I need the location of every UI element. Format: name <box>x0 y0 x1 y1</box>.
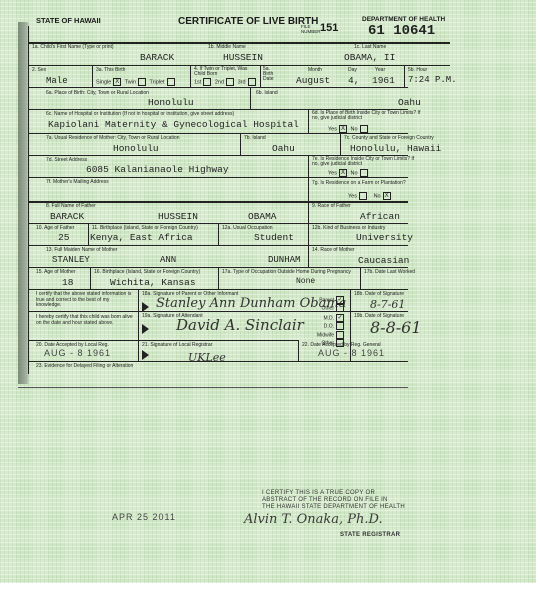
last-name-label: 1c. Last Name <box>354 44 386 50</box>
divider <box>28 340 298 341</box>
parent-checkbox: ✓ <box>336 296 344 304</box>
no-checkbox: X <box>383 192 391 200</box>
file-number-label: FILE NUMBER <box>301 24 321 34</box>
divider <box>240 133 241 155</box>
birth-city-label: 6a. Place of Birth: City, Town or Rural … <box>46 90 149 96</box>
divider <box>28 87 408 88</box>
year-label: Year <box>375 67 385 73</box>
second-checkbox <box>226 78 234 86</box>
twin-order-options: 1st 2nd 3rd <box>194 78 258 86</box>
father-first-name: BARACK <box>50 211 84 222</box>
residence-street: 6085 Kalanianaole Highway <box>86 164 229 175</box>
residence-inside-limits-label: 7e. Is Residence Inside City or Town Lim… <box>312 157 422 167</box>
single-label: Single <box>96 79 111 85</box>
certificate-number: 61 10641 <box>368 23 435 39</box>
mother-birthplace-label: 16. Birthplace (Island, State or Foreign… <box>94 269 200 275</box>
birth-date-label: 5a. Birth Date <box>263 67 281 82</box>
month-label: Month <box>308 67 322 73</box>
divider <box>218 267 219 289</box>
local-reg-date-stamp: AUG - 8 1961 <box>44 348 111 358</box>
residence-county: Honolulu, Hawaii <box>350 143 441 154</box>
father-age-label: 10. Age of Father <box>36 225 74 231</box>
yes-checkbox <box>359 192 367 200</box>
mother-age: 18 <box>62 277 73 288</box>
residence-island: Oahu <box>272 143 295 154</box>
father-occupation: Student <box>254 232 294 243</box>
reg-general-date-stamp: AUG - 8 1961 <box>318 348 385 358</box>
registrar-signature: Alvin T. Onaka, Ph.D. <box>244 512 383 527</box>
divider <box>28 361 408 362</box>
divider <box>308 177 309 201</box>
birth-certificate-form: STATE OF HAWAII CERTIFICATE OF LIVE BIRT… <box>18 12 458 392</box>
certify-line: I CERTIFY THIS IS A TRUE COPY OR <box>262 490 405 497</box>
residence-city-label: 7a. Usual Residence of Mother: City, Tow… <box>46 135 180 141</box>
hospital-label: 6c. Name of Hospital or Institution (If … <box>46 111 234 117</box>
residence-inside-limits-options: YesX No <box>328 169 370 177</box>
certify-line: THE HAWAII STATE DEPARTMENT OF HEALTH <box>262 504 405 511</box>
residence-city: Honolulu <box>113 143 159 154</box>
day-label: Day <box>348 67 357 73</box>
father-birthplace: Kenya, East Africa <box>90 232 193 243</box>
father-race: African <box>360 211 400 222</box>
local-registrar-signature: UKLee <box>188 351 226 364</box>
yes-label: Yes <box>328 126 337 132</box>
father-name-label: 8. Full Name of Father <box>46 203 96 209</box>
divider <box>28 177 408 178</box>
attendant-statement: I hereby certify that this child was bor… <box>36 315 134 326</box>
attendant-signature: David A. Sinclair <box>176 316 304 334</box>
divider <box>340 133 341 155</box>
mother-occupation: None <box>296 277 315 286</box>
yes-label: Yes <box>348 193 357 199</box>
twin-checkbox <box>138 78 146 86</box>
divider <box>298 340 299 361</box>
parent-date: 8-7-61 <box>370 298 405 311</box>
triplet-checkbox <box>167 78 175 86</box>
birth-inside-limits-label: 6d. Is Place of Birth Inside City or Tow… <box>312 111 422 121</box>
divider <box>28 133 408 134</box>
yes-checkbox: X <box>339 125 347 133</box>
parent-option-label: Parent <box>319 297 334 303</box>
father-industry-label: 12b. Kind of Business or Industry <box>312 225 385 231</box>
md-option-label: M.D. <box>323 315 334 321</box>
mother-age-label: 15. Age of Mother <box>36 269 75 275</box>
single-checkbox: X <box>113 78 121 86</box>
no-checkbox <box>360 125 368 133</box>
divider <box>308 201 309 223</box>
md-checkbox: ✓ <box>336 314 344 322</box>
mother-race: Caucasian <box>358 255 409 266</box>
child-sex: Male <box>46 76 68 86</box>
mother-race-label: 14. Race of Mother <box>312 247 355 253</box>
second-label: 2nd <box>215 79 224 85</box>
divider <box>360 267 361 289</box>
farm-label: 7g. Is Residence on a Farm or Plantation… <box>312 180 406 186</box>
parent-statement: I certify that the above stated informat… <box>36 292 134 309</box>
father-age: 25 <box>58 232 69 243</box>
divider <box>88 223 89 245</box>
residence-island-label: 7b. Island <box>244 135 266 141</box>
county-label: 7c. County and State or Foreign Country <box>344 135 434 141</box>
middle-name-label: 1b. Middle Name <box>208 44 246 50</box>
sex-label: 2. Sex <box>32 67 46 73</box>
do-option-label: D.O. <box>324 324 334 330</box>
divider <box>250 87 251 109</box>
birth-island-label: 6b. Island <box>256 90 278 96</box>
divider <box>350 311 408 312</box>
child-last-name: OBAMA, II <box>344 52 395 63</box>
mother-occupation-label: 17a. Type of Occupation Outside Home Dur… <box>222 269 351 275</box>
farm-options: Yes NoX <box>348 192 393 200</box>
no-label: No <box>351 170 358 176</box>
last-worked-label: 17b. Date Last Worked <box>364 269 415 275</box>
birth-type-options: SingleX Twin Triplet <box>96 78 177 86</box>
father-birthplace-label: 11. Birthplace (Island, State or Foreign… <box>92 225 198 231</box>
birth-city: Honolulu <box>148 97 194 108</box>
hour-label: 5b. Hour <box>408 67 427 73</box>
mother-first-name: STANLEY <box>52 255 90 265</box>
sign-here-arrow <box>142 324 149 334</box>
birth-day: 4, <box>348 75 359 86</box>
certificate-title: CERTIFICATE OF LIVE BIRTH <box>178 16 318 27</box>
triplet-label: Triplet <box>149 79 164 85</box>
twin-order-label: 4. If Twin or Triplet, Was Child Born <box>194 67 254 77</box>
yes-label: Yes <box>328 170 337 176</box>
divider <box>28 289 408 290</box>
first-label: 1st <box>194 79 201 85</box>
this-birth-label: 3a. This Birth <box>96 67 125 73</box>
divider <box>308 223 309 245</box>
divider <box>308 155 309 177</box>
file-number: 151 <box>320 22 338 34</box>
first-name-label: 1a. Child's First Name (Type or print) <box>32 44 114 50</box>
divider <box>28 245 408 246</box>
street-label: 7d. Street Address <box>46 157 87 163</box>
father-occupation-label: 12a. Usual Occupation <box>222 225 273 231</box>
do-checkbox <box>336 322 344 330</box>
divider <box>90 267 91 289</box>
divider <box>308 109 309 133</box>
divider <box>404 65 405 87</box>
father-race-label: 9. Race of Father <box>312 203 351 209</box>
hospital-name: Kapiolani Maternity & Gynecological Hosp… <box>48 119 299 130</box>
divider <box>190 65 191 87</box>
local-registrar-label: 21. Signature of Local Registrar <box>142 342 212 348</box>
divider <box>138 289 139 361</box>
mother-birthplace: Wichita, Kansas <box>110 277 196 288</box>
state-header: STATE OF HAWAII <box>36 16 101 25</box>
child-first-name: BARACK <box>140 52 174 63</box>
midwife-checkbox <box>336 331 344 339</box>
divider <box>18 387 408 388</box>
twin-label: Twin <box>125 79 136 85</box>
attendant-date: 8-8-61 <box>370 318 422 337</box>
mailing-address-label: 7f. Mother's Mailing Address <box>46 179 109 185</box>
certification-statement: I CERTIFY THIS IS A TRUE COPY OR ABSTRAC… <box>262 490 405 511</box>
registrar-title: STATE REGISTRAR <box>340 532 400 539</box>
father-last-name: OBAMA <box>248 211 277 222</box>
evidence-label: 23. Evidence for Delayed Filing or Alter… <box>36 363 133 369</box>
mother-last-name: DUNHAM <box>268 255 300 265</box>
child-middle-name: HUSSEIN <box>223 52 263 63</box>
yes-checkbox: X <box>339 169 347 177</box>
birth-inside-limits-options: YesX No <box>328 125 370 133</box>
no-label: No <box>351 126 358 132</box>
sign-here-arrow <box>142 350 149 360</box>
birth-island: Oahu <box>398 97 421 108</box>
department-header: DEPARTMENT OF HEALTH <box>362 16 445 23</box>
certify-line: ABSTRACT OF THE RECORD ON FILE IN <box>262 497 405 504</box>
parent-date-label: 18b. Date of Signature <box>354 291 404 297</box>
divider <box>218 223 219 245</box>
no-checkbox <box>360 169 368 177</box>
issue-date-stamp: APR 25 2011 <box>112 512 176 522</box>
divider <box>92 65 93 87</box>
birth-hour: 7:24 P.M. <box>408 75 457 85</box>
mother-name-label: 13. Full Maiden Name of Mother <box>46 247 117 253</box>
third-checkbox <box>248 78 256 86</box>
birth-month: August <box>296 75 330 86</box>
mother-middle-name: ANN <box>160 255 176 265</box>
midwife-option-label: Midwife <box>317 332 334 338</box>
birth-year: 1961 <box>372 75 395 86</box>
no-label: No <box>374 193 381 199</box>
divider <box>260 65 261 87</box>
father-middle-name: HUSSEIN <box>158 211 198 222</box>
third-label: 3rd <box>238 79 246 85</box>
father-industry: University <box>356 232 413 243</box>
first-checkbox <box>203 78 211 86</box>
divider <box>308 245 309 267</box>
